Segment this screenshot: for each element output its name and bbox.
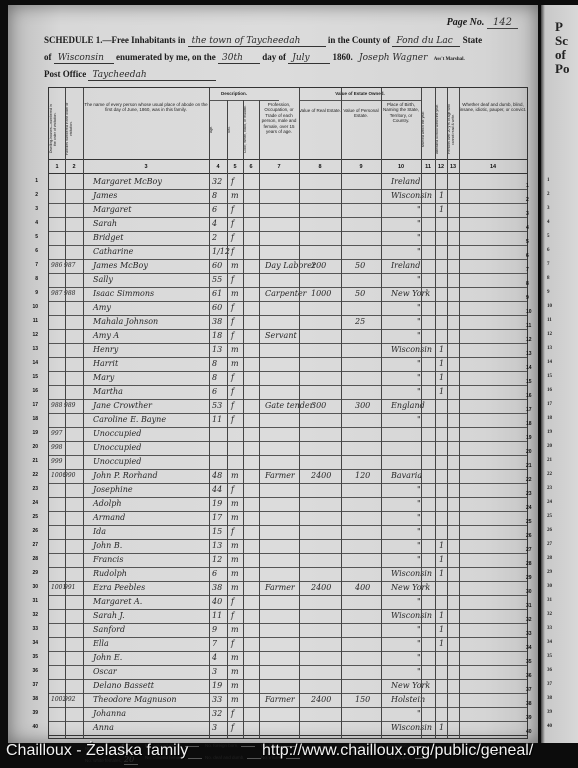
adjacent-page-row-number: 35 bbox=[547, 654, 552, 659]
cell-personal: 50 bbox=[355, 287, 365, 300]
row-number-left: 40 bbox=[24, 724, 38, 730]
cell-age: 15 bbox=[212, 525, 222, 538]
row-number-left: 12 bbox=[24, 332, 38, 338]
cell-birthplace: Wisconsin bbox=[391, 343, 432, 356]
row-number-left: 26 bbox=[24, 528, 38, 534]
cell-name: Delano Bassett bbox=[93, 679, 154, 692]
cell-school: 1 bbox=[439, 721, 444, 734]
page-number: Page No. 142 bbox=[447, 17, 518, 28]
row-rule bbox=[49, 217, 527, 218]
row-number-left: 15 bbox=[24, 374, 38, 380]
row-number-right: 5 bbox=[526, 239, 540, 245]
cell-age: 8 bbox=[212, 371, 217, 384]
cell-school: 1 bbox=[439, 553, 444, 566]
adjacent-page-row-number: 27 bbox=[547, 542, 552, 547]
cell-birthplace: New York bbox=[391, 581, 430, 594]
row-number-left: 8 bbox=[24, 276, 38, 282]
column-rule bbox=[243, 100, 244, 738]
cell-sex: m bbox=[231, 469, 239, 482]
adjacent-page-row-number: 8 bbox=[547, 276, 550, 281]
row-number-left: 5 bbox=[24, 234, 38, 240]
page-number-label: Page No. bbox=[447, 17, 485, 28]
colnum-divider bbox=[49, 173, 527, 174]
cell-sex: f bbox=[231, 231, 234, 244]
cell-age: 38 bbox=[212, 581, 222, 594]
row-number-right: 36 bbox=[526, 673, 540, 679]
adjacent-page-row-number: 21 bbox=[547, 458, 552, 463]
cell-name: John B. bbox=[93, 539, 122, 552]
row-rule bbox=[49, 525, 527, 526]
cell-sex: m bbox=[231, 259, 239, 272]
footer-deaf-dumb-label: No. deaf and dumb, bbox=[205, 755, 261, 760]
row-number-right: 4 bbox=[526, 225, 540, 231]
cell-school: 1 bbox=[439, 609, 444, 622]
row-number-right: 19 bbox=[526, 435, 540, 441]
cell-sex: f bbox=[231, 525, 234, 538]
row-number-right: 37 bbox=[526, 687, 540, 693]
adjacent-page-row-number: 10 bbox=[547, 304, 552, 309]
cell-school: 1 bbox=[439, 203, 444, 216]
column-rule bbox=[299, 88, 300, 738]
adjacent-page-strip: PScofPo123456789101112131415161718192021… bbox=[541, 5, 578, 743]
cell-name: Margaret A. bbox=[93, 595, 142, 608]
cell-occupation: Farmer bbox=[265, 469, 295, 482]
footer-value bbox=[247, 758, 261, 759]
adjacent-page-row-number: 37 bbox=[547, 682, 552, 687]
cell-dwelling: 997 bbox=[51, 427, 62, 440]
column-number: 11 bbox=[421, 164, 435, 170]
column-header-name: The name of every person whose usual pla… bbox=[83, 102, 209, 113]
post-office-line: Post Office Taycheedah bbox=[44, 69, 216, 81]
column-rule bbox=[459, 88, 460, 738]
desc-group-divider bbox=[209, 100, 279, 101]
cell-name: Caroline E. Bayne bbox=[93, 413, 166, 426]
cell-school: 1 bbox=[439, 357, 444, 370]
row-rule bbox=[49, 357, 527, 358]
footer-value bbox=[241, 746, 255, 747]
schedule-title: SCHEDULE 1.—Free Inhabitants in bbox=[44, 35, 185, 45]
row-number-left: 34 bbox=[24, 640, 38, 646]
watermark-url[interactable]: http://www.chailloux.org/public/geneal/ bbox=[262, 742, 533, 760]
adjacent-page-header-fragment: Po bbox=[555, 61, 569, 77]
column-number: 13 bbox=[447, 164, 459, 170]
adjacent-page-row-number: 11 bbox=[547, 318, 552, 323]
row-number-left: 19 bbox=[24, 430, 38, 436]
column-number: 1 bbox=[49, 164, 65, 170]
cell-sex: m bbox=[231, 693, 239, 706]
cell-dwelling: 986 bbox=[51, 259, 62, 272]
cell-birthplace: Holstein bbox=[391, 693, 425, 706]
day-value: 30th bbox=[218, 53, 260, 64]
adjacent-page-row-number: 38 bbox=[547, 696, 552, 701]
row-number-right: 13 bbox=[526, 351, 540, 357]
cell-age: 3 bbox=[212, 721, 217, 734]
cell-occupation: Carpenter bbox=[265, 287, 307, 300]
cell-sex: f bbox=[231, 329, 234, 342]
row-number-left: 18 bbox=[24, 416, 38, 422]
row-number-right: 27 bbox=[526, 547, 540, 553]
adjacent-page-row-number: 4 bbox=[547, 220, 550, 225]
cell-name: Armand bbox=[93, 511, 125, 524]
column-header-school: Attended School within the year. bbox=[435, 102, 447, 156]
cell-sex: f bbox=[231, 721, 234, 734]
cell-birthplace: Wisconsin bbox=[391, 567, 432, 580]
cell-age: 17 bbox=[212, 511, 222, 524]
row-number-right: 34 bbox=[526, 645, 540, 651]
cell-name: John P. Rorhand bbox=[93, 469, 158, 482]
adjacent-page-row-number: 28 bbox=[547, 556, 552, 561]
row-number-right: 29 bbox=[526, 575, 540, 581]
row-number-left: 32 bbox=[24, 612, 38, 618]
row-number-right: 14 bbox=[526, 365, 540, 371]
enumerated-label: enumerated by me, on the bbox=[116, 52, 216, 62]
cell-name: Sally bbox=[93, 273, 113, 286]
row-number-right: 18 bbox=[526, 421, 540, 427]
cell-school: 1 bbox=[439, 567, 444, 580]
cell-age: 33 bbox=[212, 693, 222, 706]
row-number-left: 3 bbox=[24, 206, 38, 212]
cell-age: 32 bbox=[212, 707, 222, 720]
row-number-right: 24 bbox=[526, 505, 540, 511]
post-office-value: Taycheedah bbox=[88, 70, 216, 81]
row-number-left: 20 bbox=[24, 444, 38, 450]
cell-real: 200 bbox=[311, 259, 326, 272]
marshal-label: Ass't Marshal. bbox=[434, 57, 465, 62]
row-number-right: 8 bbox=[526, 281, 540, 287]
column-number: 10 bbox=[381, 164, 421, 170]
cell-age: 19 bbox=[212, 497, 222, 510]
cell-name: Isaac Simmons bbox=[93, 287, 154, 300]
row-rule bbox=[49, 637, 527, 638]
cell-age: 32 bbox=[212, 175, 222, 188]
row-number-left: 6 bbox=[24, 248, 38, 254]
group-description-label: Description. bbox=[209, 91, 259, 96]
adjacent-page-row-number: 29 bbox=[547, 570, 552, 575]
cell-birthplace: Ireland bbox=[391, 175, 420, 188]
adjacent-page-row-number: 15 bbox=[547, 374, 552, 379]
row-number-left: 17 bbox=[24, 402, 38, 408]
row-number-right: 2 bbox=[526, 197, 540, 203]
adjacent-page-row-number: 24 bbox=[547, 500, 552, 505]
year-value: 1860. bbox=[333, 52, 353, 62]
row-number-right: 25 bbox=[526, 519, 540, 525]
row-number-right: 6 bbox=[526, 253, 540, 259]
column-rule bbox=[227, 100, 228, 738]
cell-sex: f bbox=[231, 315, 234, 328]
cell-age: 13 bbox=[212, 343, 222, 356]
row-rule bbox=[49, 371, 527, 372]
census-page: Page No. 142 SCHEDULE 1.—Free Inhabitant… bbox=[8, 5, 538, 743]
cell-sex: m bbox=[231, 651, 239, 664]
row-number-right: 40 bbox=[526, 729, 540, 735]
cell-occupation: Day Laborer bbox=[265, 259, 316, 272]
row-number-left: 16 bbox=[24, 388, 38, 394]
cell-name: Unoccupied bbox=[93, 441, 141, 454]
cell-real: 2400 bbox=[311, 581, 331, 594]
cell-sex: m bbox=[231, 357, 239, 370]
cell-personal: 25 bbox=[355, 315, 365, 328]
cell-name: Henry bbox=[93, 343, 118, 356]
row-number-left: 35 bbox=[24, 654, 38, 660]
month-value: July bbox=[288, 53, 330, 64]
row-number-left: 27 bbox=[24, 542, 38, 548]
row-number-left: 25 bbox=[24, 514, 38, 520]
row-number-left: 14 bbox=[24, 360, 38, 366]
adjacent-page-row-number: 26 bbox=[547, 528, 552, 533]
cell-name: Margaret McBoy bbox=[93, 175, 162, 188]
cell-age: 8 bbox=[212, 357, 217, 370]
row-number-right: 12 bbox=[526, 337, 540, 343]
post-office-label: Post Office bbox=[44, 69, 86, 79]
row-number-right: 17 bbox=[526, 407, 540, 413]
cell-age: 60 bbox=[212, 301, 222, 314]
cell-name: James bbox=[93, 189, 117, 202]
cell-name: Ida bbox=[93, 525, 106, 538]
row-number-right: 10 bbox=[526, 309, 540, 315]
cell-age: 9 bbox=[212, 623, 217, 636]
row-number-right: 23 bbox=[526, 491, 540, 497]
row-number-right: 20 bbox=[526, 449, 540, 455]
row-number-left: 38 bbox=[24, 696, 38, 702]
schedule-title-line: SCHEDULE 1.—Free Inhabitants in the town… bbox=[44, 35, 482, 47]
cell-birthplace: New York bbox=[391, 679, 430, 692]
cell-sex: f bbox=[231, 413, 234, 426]
cell-name: Catharine bbox=[93, 245, 133, 258]
cell-sex: f bbox=[231, 595, 234, 608]
cell-dwelling: 999 bbox=[51, 455, 62, 468]
marshal-signature: Joseph Wagner bbox=[355, 53, 431, 63]
adjacent-page-row-number: 30 bbox=[547, 584, 552, 589]
row-number-left: 28 bbox=[24, 556, 38, 562]
cell-name: Mary bbox=[93, 371, 114, 384]
adjacent-page-row-number: 9 bbox=[547, 290, 550, 295]
adjacent-page-row-number: 1 bbox=[547, 178, 550, 183]
cell-sex: m bbox=[231, 343, 239, 356]
adjacent-page-row-number: 32 bbox=[547, 612, 552, 617]
column-rule bbox=[435, 88, 436, 738]
cell-age: 19 bbox=[212, 679, 222, 692]
row-number-left: 10 bbox=[24, 304, 38, 310]
row-rule bbox=[49, 273, 527, 274]
cell-name: Rudolph bbox=[93, 567, 127, 580]
row-number-right: 38 bbox=[526, 701, 540, 707]
adjacent-page-row-number: 22 bbox=[547, 472, 552, 477]
cell-dwelling: 998 bbox=[51, 441, 62, 454]
column-header-family: Families numbered in the order of visita… bbox=[65, 102, 83, 156]
cell-name: Adolph bbox=[93, 497, 122, 510]
column-header-age: Age. bbox=[209, 102, 227, 156]
cell-name: James McBoy bbox=[93, 259, 148, 272]
cell-birthplace: Ireland bbox=[391, 259, 420, 272]
adjacent-page-row-number: 23 bbox=[547, 486, 552, 491]
of-label: of bbox=[44, 52, 52, 62]
cell-name: Amy A bbox=[93, 329, 119, 342]
cell-name: Jane Crowther bbox=[93, 399, 152, 412]
column-rule bbox=[259, 100, 260, 738]
cell-school: 1 bbox=[439, 371, 444, 384]
cell-age: 40 bbox=[212, 595, 222, 608]
footer-foreign-born-label: No. foreign born, bbox=[205, 743, 255, 748]
row-number-left: 30 bbox=[24, 584, 38, 590]
column-number: 8 bbox=[299, 164, 341, 170]
cell-age: 13 bbox=[212, 539, 222, 552]
row-number-right: 16 bbox=[526, 393, 540, 399]
cell-sex: m bbox=[231, 189, 239, 202]
row-number-left: 33 bbox=[24, 626, 38, 632]
cell-sex: m bbox=[231, 511, 239, 524]
cell-age: 4 bbox=[212, 651, 217, 664]
row-number-right: 26 bbox=[526, 533, 540, 539]
row-number-left: 29 bbox=[24, 570, 38, 576]
cell-birthplace: England bbox=[391, 399, 425, 412]
row-rule bbox=[49, 721, 527, 722]
cell-sex: m bbox=[231, 679, 239, 692]
cell-sex: f bbox=[231, 399, 234, 412]
adjacent-page-row-number: 36 bbox=[547, 668, 552, 673]
row-number-right: 21 bbox=[526, 463, 540, 469]
cell-name: Oscar bbox=[93, 665, 117, 678]
adjacent-page-row-number: 20 bbox=[547, 444, 552, 449]
footer-label: No. foreign born, bbox=[205, 743, 239, 748]
cell-sex: f bbox=[231, 175, 234, 188]
column-rule bbox=[83, 88, 84, 738]
cell-sex: f bbox=[231, 609, 234, 622]
column-number: 9 bbox=[341, 164, 381, 170]
row-number-left: 1 bbox=[24, 178, 38, 184]
row-rule bbox=[49, 301, 527, 302]
cell-age: 11 bbox=[212, 609, 222, 622]
cell-name: Sanford bbox=[93, 623, 125, 636]
cell-sex: f bbox=[231, 245, 234, 258]
row-number-right: 1 bbox=[526, 183, 540, 189]
cell-real: 1000 bbox=[311, 287, 331, 300]
row-number-left: 31 bbox=[24, 598, 38, 604]
value-group-divider bbox=[299, 100, 421, 101]
cell-name: Ella bbox=[93, 637, 109, 650]
adjacent-page-row-number: 17 bbox=[547, 402, 552, 407]
column-rule bbox=[447, 88, 448, 738]
cell-age: 38 bbox=[212, 315, 222, 328]
cell-age: 6 bbox=[212, 385, 217, 398]
cell-sex: f bbox=[231, 637, 234, 650]
cell-sex: m bbox=[231, 287, 239, 300]
adjacent-page-row-number: 2 bbox=[547, 192, 550, 197]
watermark-family: Chailloux - Żelaska family bbox=[6, 742, 188, 760]
adjacent-page-row-number: 6 bbox=[547, 248, 550, 253]
cell-age: 4 bbox=[212, 217, 217, 230]
row-number-left: 2 bbox=[24, 192, 38, 198]
cell-occupation: Farmer bbox=[265, 693, 295, 706]
cell-sex: f bbox=[231, 203, 234, 216]
column-number: 7 bbox=[259, 164, 299, 170]
cell-sex: m bbox=[231, 623, 239, 636]
cell-name: Theodore Magnuson bbox=[93, 693, 177, 706]
cell-sex: f bbox=[231, 385, 234, 398]
column-header-personal: Value of Personal Estate. bbox=[341, 108, 381, 119]
adjacent-page-row-number: 7 bbox=[547, 262, 550, 267]
row-number-left: 13 bbox=[24, 346, 38, 352]
cell-name: Francis bbox=[93, 553, 123, 566]
cell-birthplace: Bavaria bbox=[391, 469, 422, 482]
cell-sex: m bbox=[231, 581, 239, 594]
cell-occupation: Gate tender bbox=[265, 399, 313, 412]
row-number-right: 30 bbox=[526, 589, 540, 595]
cell-real: 300 bbox=[311, 399, 326, 412]
cell-name: Margaret bbox=[93, 203, 131, 216]
cell-personal: 50 bbox=[355, 259, 365, 272]
adjacent-page-row-number: 16 bbox=[547, 388, 552, 393]
header-divider bbox=[49, 159, 527, 160]
cell-dwelling: 987 bbox=[51, 287, 62, 300]
column-header-illiterate: Persons over 20 y'rs of age who cannot r… bbox=[447, 102, 459, 156]
row-number-left: 9 bbox=[24, 290, 38, 296]
cell-age: 3 bbox=[212, 665, 217, 678]
column-rule bbox=[209, 88, 210, 738]
adjacent-page-row-number: 39 bbox=[547, 710, 552, 715]
cell-name: Anna bbox=[93, 721, 114, 734]
adjacent-page-row-number: 34 bbox=[547, 640, 552, 645]
column-rule bbox=[65, 88, 66, 738]
cell-age: 11 bbox=[212, 413, 222, 426]
column-number: 4 bbox=[209, 164, 227, 170]
cell-age: 2 bbox=[212, 231, 217, 244]
state-label: State bbox=[463, 35, 483, 45]
adjacent-page-row-number: 3 bbox=[547, 206, 550, 211]
page-number-value: 142 bbox=[487, 17, 518, 29]
row-number-right: 9 bbox=[526, 295, 540, 301]
group-value-label: Value of Estate Owned. bbox=[299, 91, 421, 96]
footer-divider bbox=[49, 735, 527, 736]
adjacent-page-row-number: 25 bbox=[547, 514, 552, 519]
adjacent-page-row-number: 31 bbox=[547, 598, 552, 603]
cell-name: Amy bbox=[93, 301, 111, 314]
adjacent-page-row-number: 33 bbox=[547, 626, 552, 631]
footer-value bbox=[188, 758, 202, 759]
cell-age: 18 bbox=[212, 329, 222, 342]
row-rule bbox=[49, 665, 527, 666]
row-number-right: 7 bbox=[526, 267, 540, 273]
cell-age: 48 bbox=[212, 469, 222, 482]
cell-sex: f bbox=[231, 371, 234, 384]
footer-label: No. deaf and dumb, bbox=[205, 755, 245, 760]
state-value: Wisconsin bbox=[54, 53, 114, 64]
cell-sex: m bbox=[231, 553, 239, 566]
row-number-left: 39 bbox=[24, 710, 38, 716]
cell-age: 60 bbox=[212, 259, 222, 272]
cell-school: 1 bbox=[439, 343, 444, 356]
row-number-left: 21 bbox=[24, 458, 38, 464]
cell-school: 1 bbox=[439, 637, 444, 650]
column-rule bbox=[421, 88, 422, 738]
cell-name: Johanna bbox=[93, 707, 126, 720]
column-number: 6 bbox=[243, 164, 259, 170]
row-number-left: 37 bbox=[24, 682, 38, 688]
cell-age: 61 bbox=[212, 287, 222, 300]
column-number: 5 bbox=[227, 164, 243, 170]
cell-personal: 150 bbox=[355, 693, 370, 706]
row-number-right: 11 bbox=[526, 323, 540, 329]
cell-sex: f bbox=[231, 217, 234, 230]
cell-school: 1 bbox=[439, 385, 444, 398]
cell-birthplace: Wisconsin bbox=[391, 721, 432, 734]
cell-age: 53 bbox=[212, 399, 222, 412]
cell-sex: f bbox=[231, 483, 234, 496]
day-of-label: day of bbox=[262, 52, 286, 62]
column-rule bbox=[341, 88, 342, 738]
column-header-birthplace: Place of Birth, Naming the State, Territ… bbox=[381, 102, 421, 124]
row-number-right: 35 bbox=[526, 659, 540, 665]
cell-age: 6 bbox=[212, 203, 217, 216]
